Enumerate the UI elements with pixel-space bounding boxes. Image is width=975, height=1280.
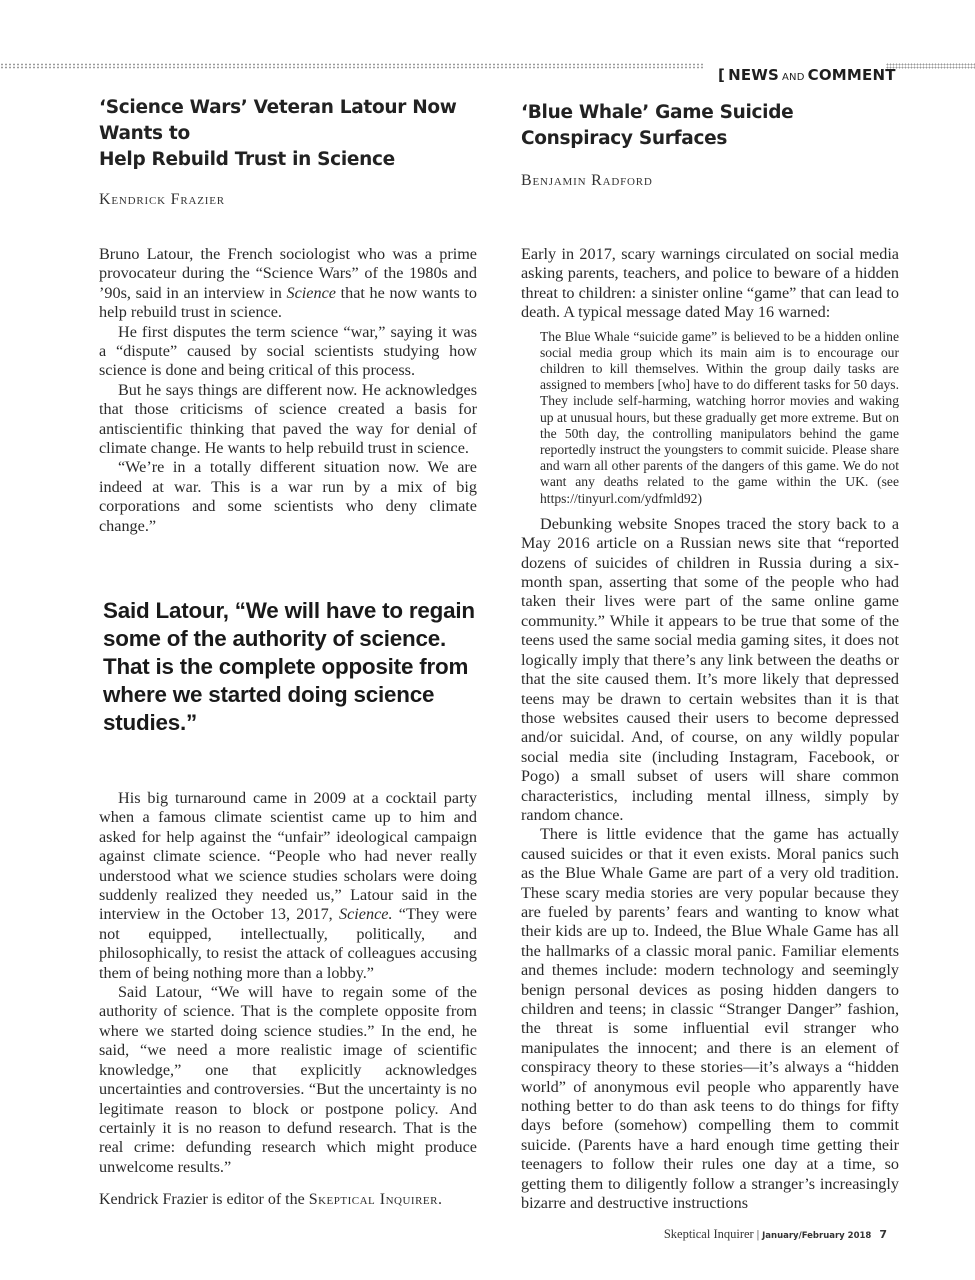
left-paragraph-5: His big turnaround came in 2009 at a coc… [99,789,477,983]
left-article-header: ‘Science Wars’ Veteran Latour Now Wants … [99,95,477,209]
text-run: His big turnaround came in 2009 at a coc… [99,789,477,923]
left-paragraph-4: “We’re in a totally different situation … [99,458,477,536]
bio-text-end: . [438,1191,442,1208]
bio-text: Kendrick Frazier is editor of the [99,1191,309,1208]
right-article-headline: ‘Blue Whale’ Game Suicide Conspiracy Sur… [521,100,899,152]
section-label-news: NEWS [728,66,779,84]
footer-separator: | [757,1227,759,1241]
right-headline-line1: ‘Blue Whale’ Game Suicide [521,102,793,123]
left-article-byline: Kendrick Frazier [99,191,477,209]
pull-quote: Said Latour, “We will have to regain som… [103,597,478,737]
right-paragraph-2: Debunking website Snopes traced the stor… [521,515,899,826]
left-article-headline: ‘Science Wars’ Veteran Latour Now Wants … [99,95,477,173]
section-label: [NEWSANDCOMMENT [718,66,896,84]
author-bio: Kendrick Frazier is editor of the Skepti… [99,1191,442,1209]
journal-name-science: Science. [339,905,392,923]
page-number: 7 [879,1228,887,1241]
header-dotted-rule-left [0,63,705,69]
warning-message-blockquote: The Blue Whale “suicide game” is believe… [540,329,899,507]
left-paragraph-2: He first disputes the term science “war,… [99,323,477,381]
section-label-and: AND [782,72,805,83]
header-dotted-rule-right [886,63,975,69]
section-bracket: [ [718,66,725,84]
right-article-body: Early in 2017, scary warnings circulated… [521,245,899,1213]
journal-name-science: Science [287,284,336,302]
left-article-body-bottom: His big turnaround came in 2009 at a coc… [99,789,477,1177]
right-paragraph-3: There is little evidence that the game h… [521,825,899,1213]
left-paragraph-6: Said Latour, “We will have to regain som… [99,983,477,1177]
left-article-body-top: Bruno Latour, the French sociologist who… [99,245,477,536]
left-paragraph-3: But he says things are different now. He… [99,381,477,459]
left-paragraph-1: Bruno Latour, the French sociologist who… [99,245,477,323]
page-footer: Skeptical Inquirer|January/February 2018… [664,1227,887,1242]
right-headline-line2: Conspiracy Surfaces [521,128,727,149]
right-paragraph-intro: Early in 2017, scary warnings circulated… [521,245,899,323]
left-headline-line1: ‘Science Wars’ Veteran Latour Now Wants … [99,97,457,144]
left-headline-line2: Help Rebuild Trust in Science [99,149,395,170]
bio-publication-name: Skeptical Inquirer [309,1191,438,1208]
footer-issue-date: January/February 2018 [762,1231,871,1241]
section-label-comment: COMMENT [808,66,896,84]
right-article-byline: Benjamin Radford [521,172,899,190]
right-article-header: ‘Blue Whale’ Game Suicide Conspiracy Sur… [521,100,899,190]
footer-publication: Skeptical Inquirer [664,1227,754,1241]
